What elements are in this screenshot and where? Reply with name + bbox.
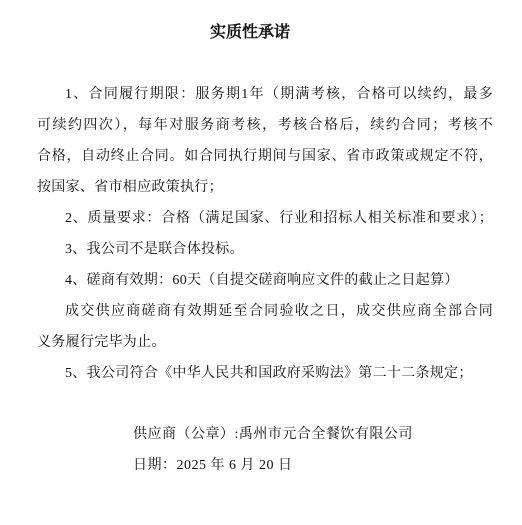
document-title: 实质性承诺: [37, 18, 463, 48]
body-line: 义务履行完毕为止。: [37, 327, 493, 358]
body-line: 4、磋商有效期：60天（自提交磋商响应文件的截止之日起算）: [37, 265, 493, 296]
document-body: 1、合同履行期限：服务期1年（期满考核，合格可以续约，最多 可续约四次），每年对…: [37, 79, 493, 389]
signature-block: 供应商（公章）:禹州市元合全餐饮有限公司 日期：2025 年 6 月 20 日: [133, 419, 493, 481]
date-line: 日期：2025 年 6 月 20 日: [133, 450, 493, 481]
body-line: 3、我公司不是联合体投标。: [37, 234, 493, 265]
body-line: 1、合同履行期限：服务期1年（期满考核，合格可以续约，最多: [37, 79, 493, 110]
body-line: 成交供应商磋商有效期延至合同验收之日，成交供应商全部合同: [37, 296, 493, 327]
body-line: 2、质量要求：合格（满足国家、行业和招标人相关标准和要求）；: [37, 203, 493, 234]
body-line: 按国家、省市相应政策执行；: [37, 172, 493, 203]
body-line: 合格，自动终止合同。如合同执行期间与国家、省市政策或规定不符，: [37, 141, 493, 172]
supplier-signature-line: 供应商（公章）:禹州市元合全餐饮有限公司: [133, 419, 493, 450]
document-page: 实质性承诺 1、合同履行期限：服务期1年（期满考核，合格可以续约，最多 可续约四…: [0, 0, 522, 525]
body-line: 5、我公司符合《中华人民共和国政府采购法》第二十二条规定；: [37, 358, 493, 389]
body-line: 可续约四次），每年对服务商考核，考核合格后，续约合同；考核不: [37, 110, 493, 141]
